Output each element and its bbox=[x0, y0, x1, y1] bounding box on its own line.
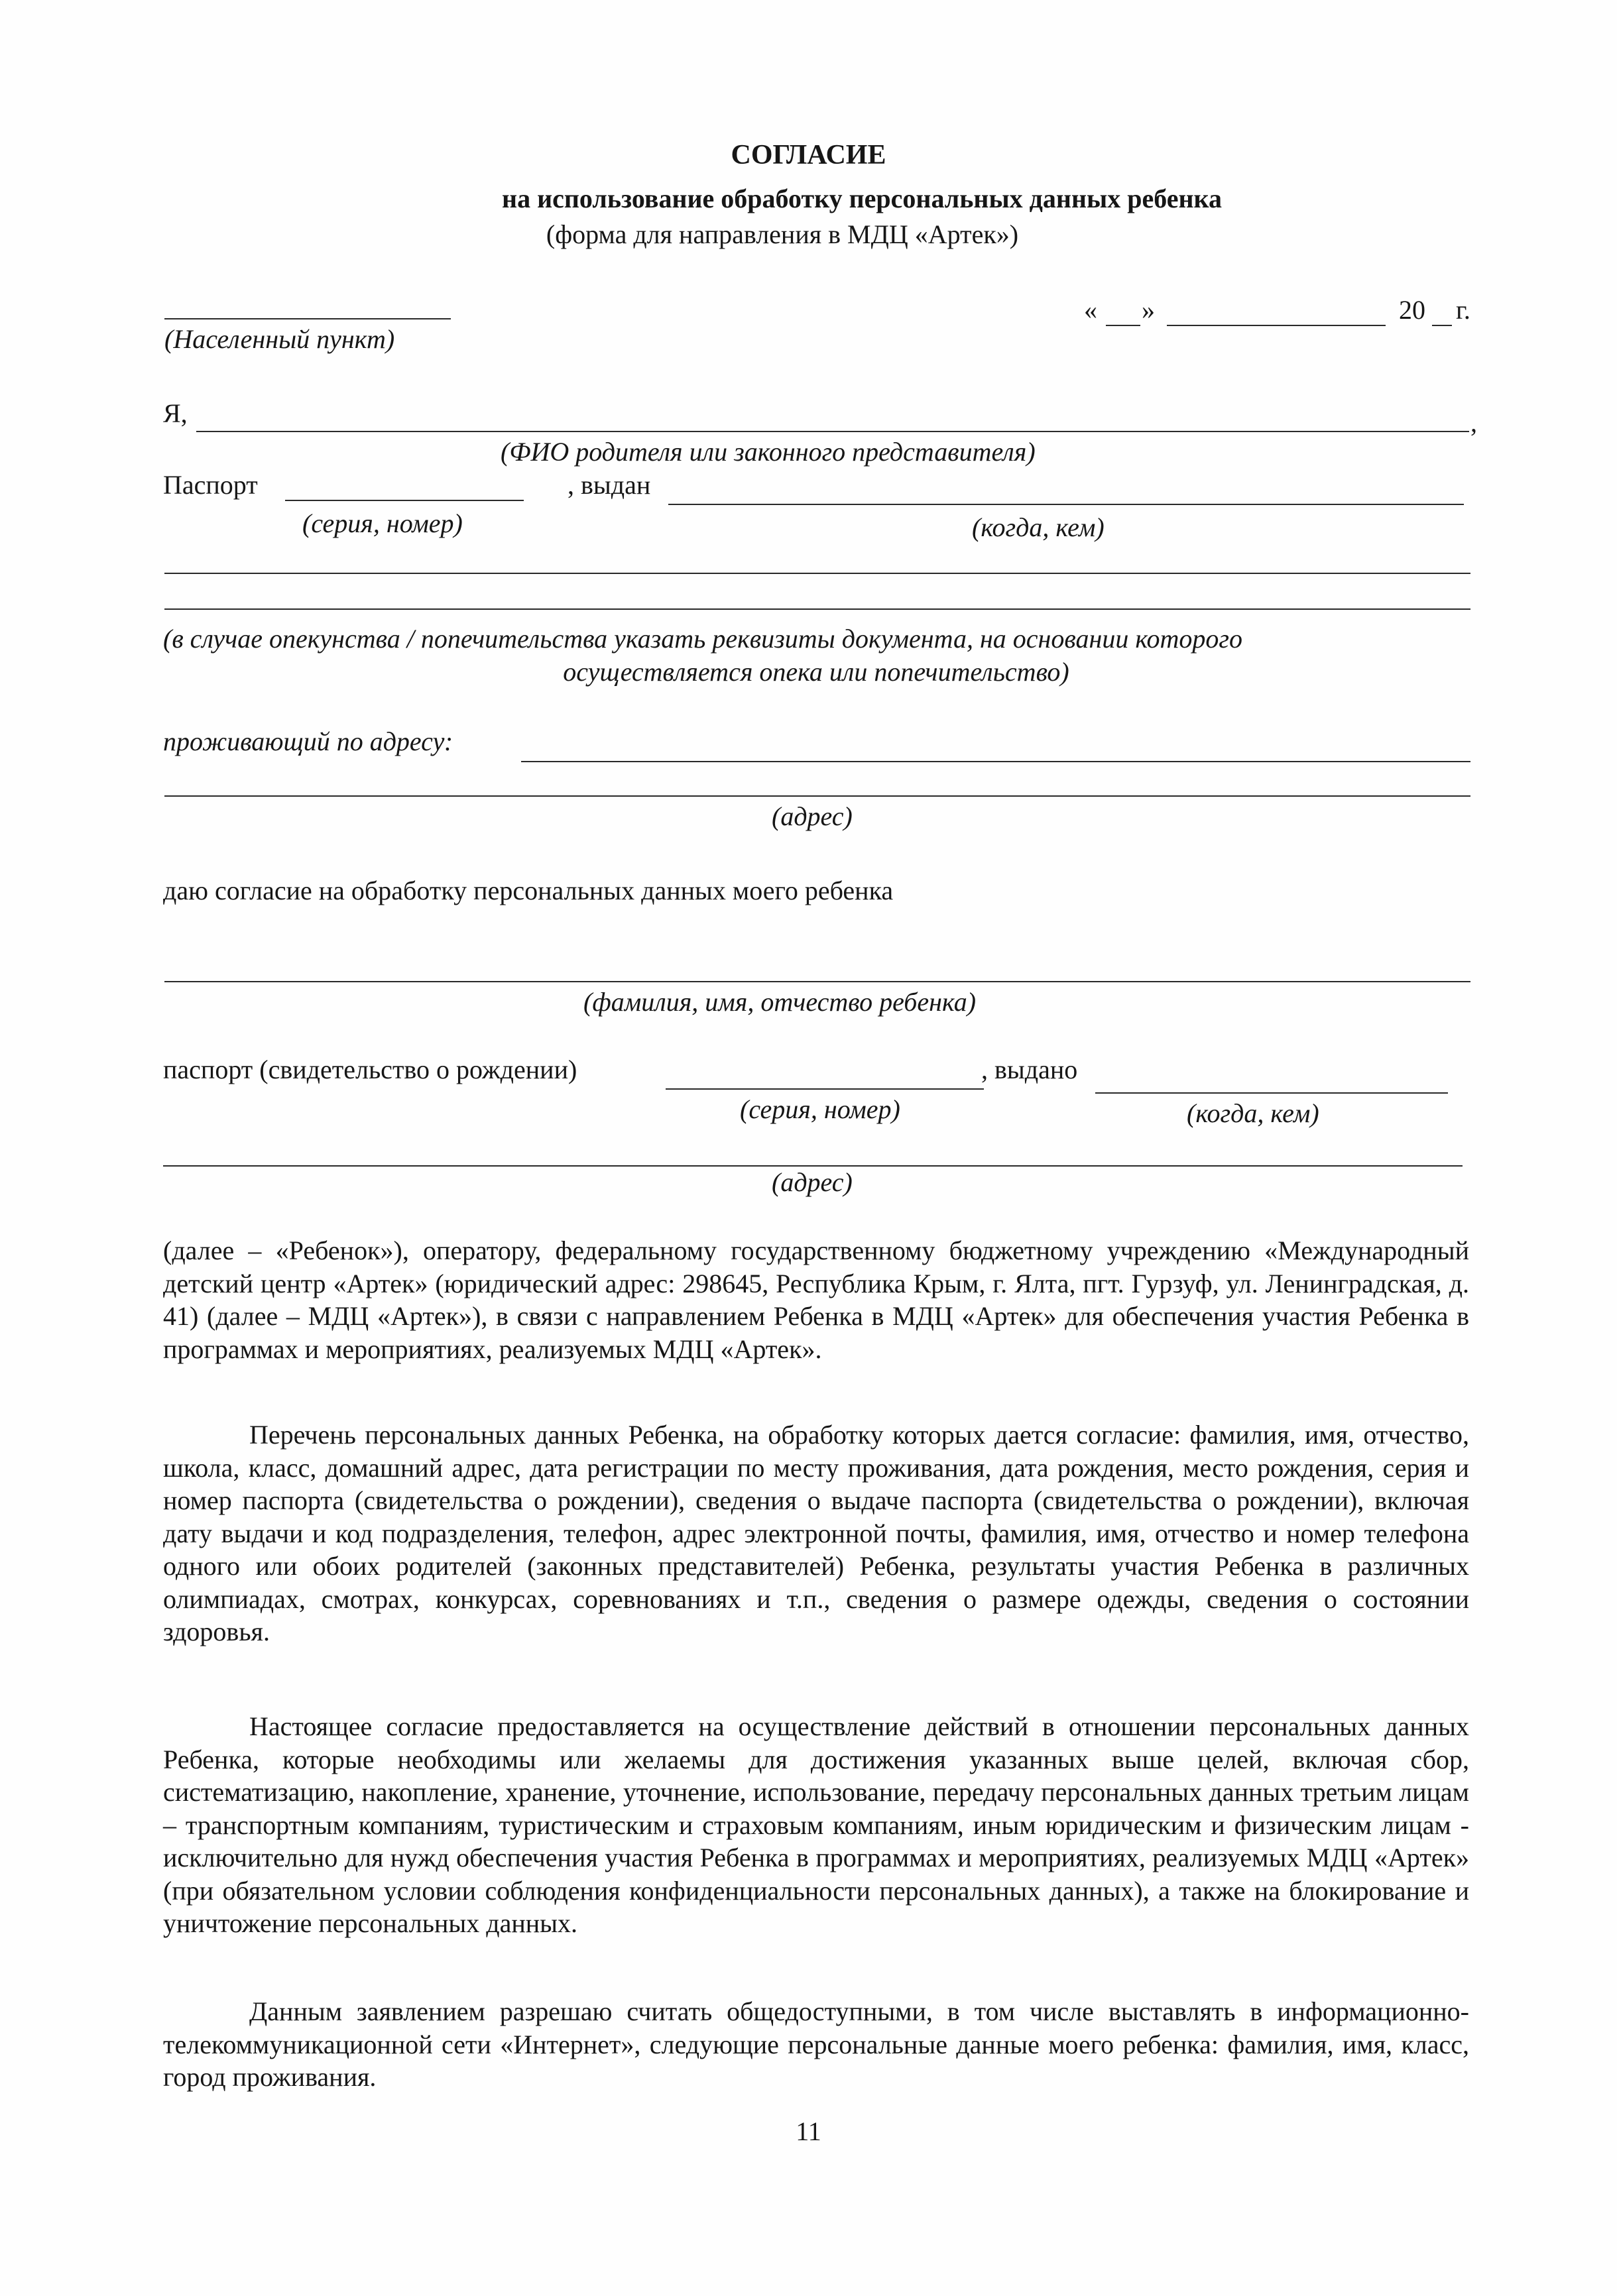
consent-statement: даю согласие на обработку персональных д… bbox=[163, 875, 893, 907]
parent-fio-comma: , bbox=[1470, 407, 1477, 439]
parent-address-line-2[interactable] bbox=[164, 770, 1470, 797]
page-number: 11 bbox=[0, 2116, 1617, 2148]
parent-fio-caption: (ФИО родителя или законного представител… bbox=[501, 436, 1036, 468]
body-paragraph-actions: Настоящее согласие предоставляется на ос… bbox=[163, 1710, 1469, 1940]
body-paragraph-operator: (далее – «Ребенок»), оператору, федераль… bbox=[163, 1234, 1469, 1365]
guardian-document-line-1[interactable] bbox=[164, 547, 1470, 574]
guardian-document-line-2[interactable] bbox=[164, 583, 1470, 610]
document-subtitle: на использование обработку персональных … bbox=[398, 183, 1326, 215]
date-open-quote: « bbox=[1084, 294, 1097, 326]
guardian-caption-line-1: (в случае опекунства / попечительства ук… bbox=[163, 623, 1242, 655]
guardian-caption-line-2: осуществляется опека или попечительство) bbox=[163, 656, 1469, 688]
settlement-caption: (Населенный пункт) bbox=[164, 323, 394, 355]
parent-issued-caption: (когда, кем) bbox=[972, 512, 1105, 544]
parent-issued-field[interactable] bbox=[668, 479, 1464, 505]
parent-address-line-1[interactable] bbox=[521, 736, 1470, 762]
body-paragraph-public-data: Данным заявлением разрешаю считать общед… bbox=[163, 1995, 1469, 2094]
parent-prefix: Я, bbox=[163, 398, 188, 430]
document-page: СОГЛАСИЕ на использование обработку перс… bbox=[0, 0, 1617, 2296]
parent-address-caption: (адрес) bbox=[772, 801, 853, 832]
date-close-quote: » bbox=[1142, 294, 1155, 326]
parent-passport-label: Паспорт bbox=[163, 469, 258, 501]
date-year-prefix: 20 bbox=[1399, 294, 1425, 326]
child-issued-field[interactable] bbox=[1095, 1067, 1448, 1094]
child-address-caption: (адрес) bbox=[772, 1167, 853, 1198]
parent-passport-field[interactable] bbox=[285, 475, 524, 501]
parent-address-label: проживающий по адресу: bbox=[163, 726, 453, 758]
date-year-suffix: г. bbox=[1456, 294, 1470, 326]
child-document-field[interactable] bbox=[666, 1063, 984, 1090]
date-day-field[interactable] bbox=[1106, 300, 1140, 326]
parent-fio-field[interactable] bbox=[196, 406, 1469, 432]
parent-issued-label: , выдан bbox=[568, 469, 650, 501]
child-fio-caption: (фамилия, имя, отчество ребенка) bbox=[583, 986, 976, 1018]
settlement-field[interactable] bbox=[164, 293, 451, 319]
document-title: СОГЛАСИЕ bbox=[0, 139, 1617, 171]
child-document-caption: (серия, номер) bbox=[740, 1094, 900, 1125]
parent-passport-caption: (серия, номер) bbox=[302, 508, 463, 540]
child-document-label: паспорт (свидетельство о рождении) bbox=[163, 1054, 577, 1086]
date-month-field[interactable] bbox=[1167, 300, 1386, 326]
body-paragraph-data-list: Перечень персональных данных Ребенка, на… bbox=[163, 1418, 1469, 1648]
child-issued-label: , выдано bbox=[981, 1054, 1077, 1086]
child-address-field[interactable] bbox=[163, 1140, 1463, 1167]
form-note: (форма для направления в МДЦ «Артек») bbox=[398, 219, 1167, 251]
child-fio-field[interactable] bbox=[164, 956, 1470, 982]
date-year-field[interactable] bbox=[1432, 300, 1452, 326]
child-issued-caption: (когда, кем) bbox=[1187, 1098, 1319, 1129]
